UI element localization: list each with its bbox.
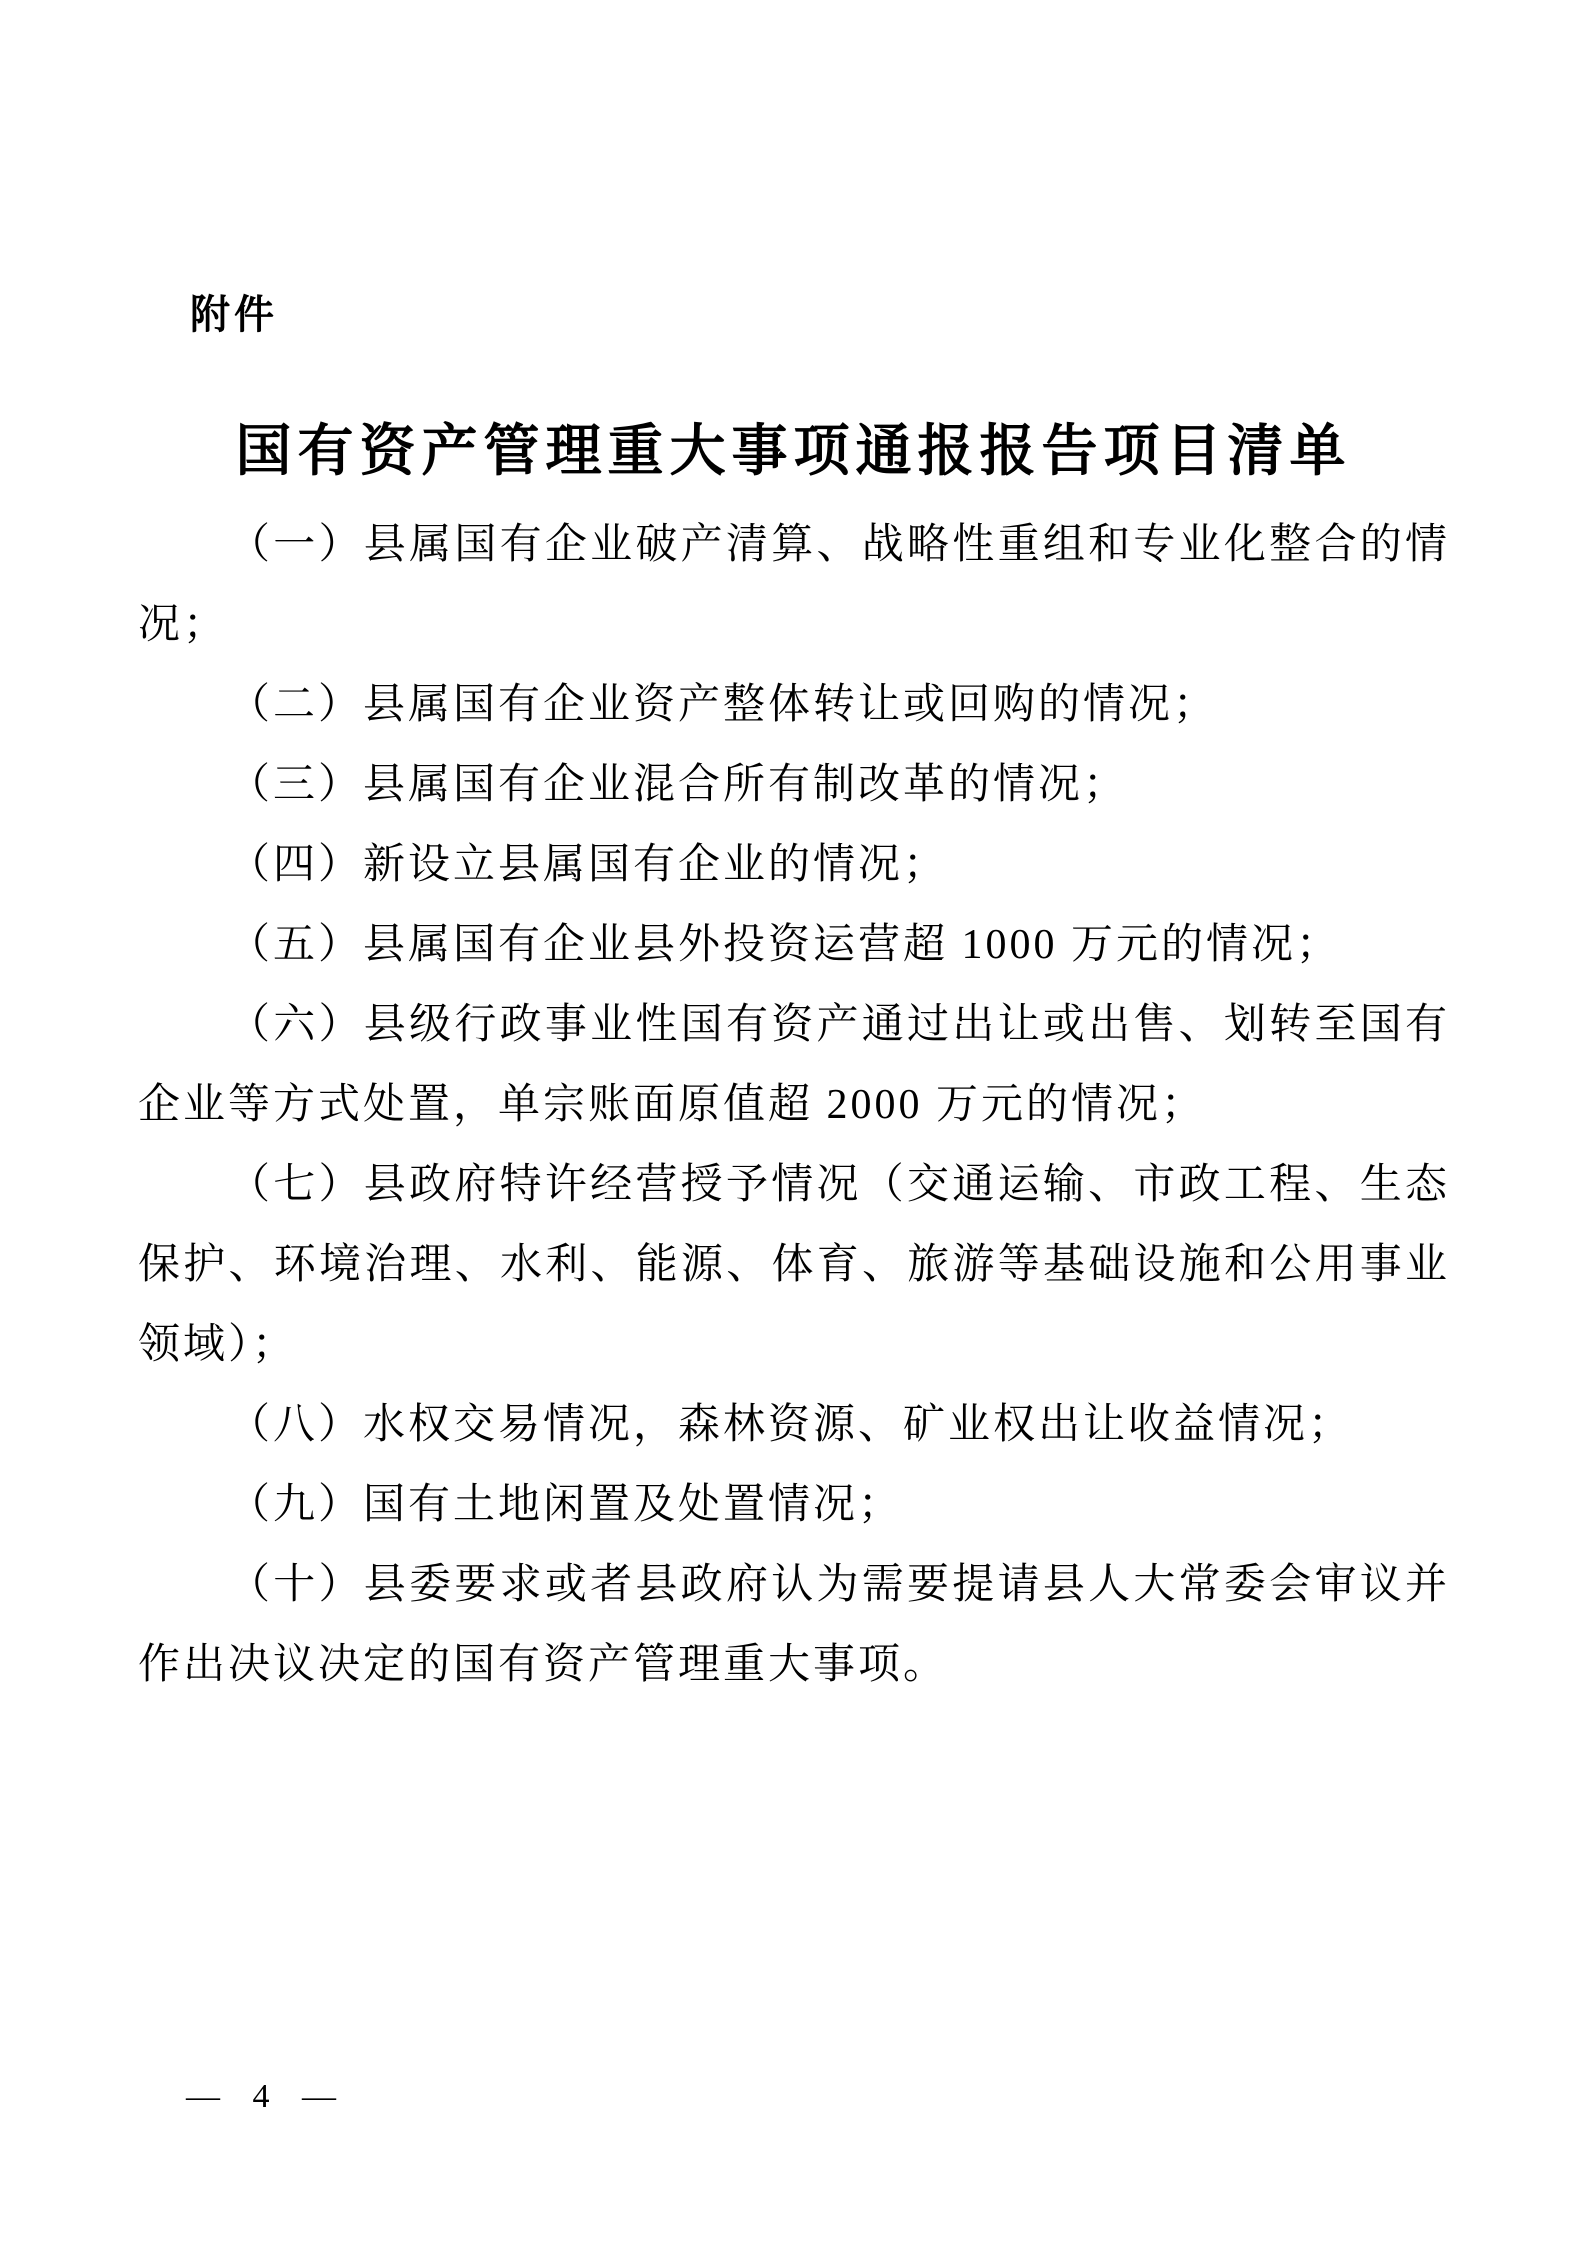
list-item-10: （十）县委要求或者县政府认为需要提请县人大常委会审议并作出决议决定的国有资产管理… (138, 1545, 1450, 1705)
attachment-label: 附件 (190, 283, 278, 340)
list-item-5: （五）县属国有企业县外投资运营超 1000 万元的情况； (138, 905, 1450, 985)
page-number: — 4 — (186, 2078, 348, 2116)
page-title: 国有资产管理重大事项通报报告项目清单 (0, 416, 1587, 488)
document-page: 附件 国有资产管理重大事项通报报告项目清单 （一）县属国有企业破产清算、战略性重… (0, 0, 1587, 2245)
list-item-3: （三）县属国有企业混合所有制改革的情况； (138, 745, 1450, 825)
list-item-8: （八）水权交易情况，森林资源、矿业权出让收益情况； (138, 1385, 1450, 1465)
list-item-7: （七）县政府特许经营授予情况（交通运输、市政工程、生态保护、环境治理、水利、能源… (138, 1145, 1450, 1385)
list-item-4: （四）新设立县属国有企业的情况； (138, 825, 1450, 905)
list-item-6: （六）县级行政事业性国有资产通过出让或出售、划转至国有企业等方式处置，单宗账面原… (138, 985, 1450, 1145)
list-item-2: （二）县属国有企业资产整体转让或回购的情况； (138, 665, 1450, 745)
list-item-9: （九）国有土地闲置及处置情况； (138, 1465, 1450, 1545)
body-text: （一）县属国有企业破产清算、战略性重组和专业化整合的情况； （二）县属国有企业资… (138, 505, 1450, 1705)
list-item-1: （一）县属国有企业破产清算、战略性重组和专业化整合的情况； (138, 505, 1450, 665)
